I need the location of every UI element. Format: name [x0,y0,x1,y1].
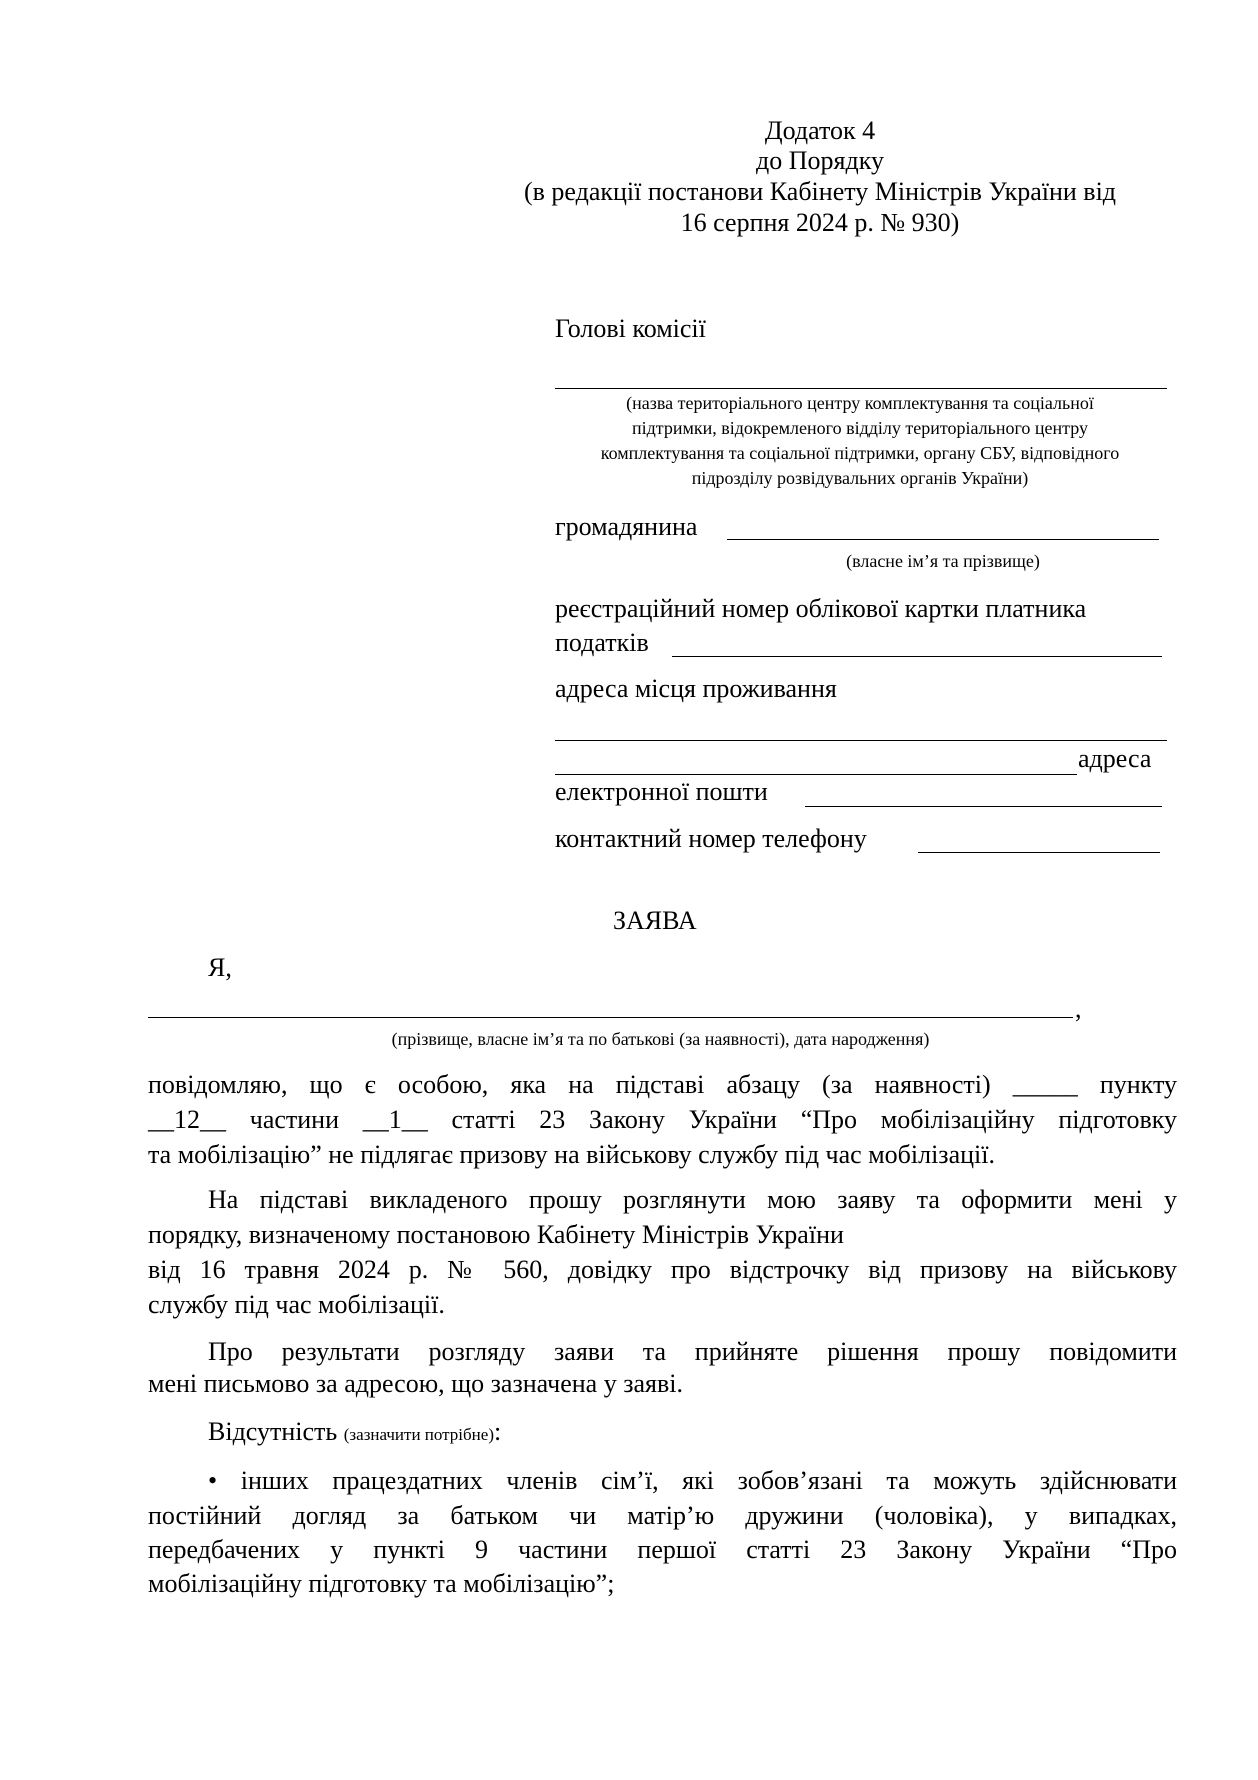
address-field-line2[interactable] [555,774,1077,775]
statement-line: та мобілізацію” не підлягає призову на в… [148,1142,995,1168]
statement-line: повідомляю, що є особою, яка на підставі… [148,1072,1177,1098]
applicant-intro: Я, [208,955,232,981]
commission-caption-line: (назва територіального центру комплектув… [540,394,1180,412]
citizen-name-field[interactable] [727,539,1159,540]
absence-option-line: • інших працездатних членів сім’ї, які з… [208,1468,1177,1494]
appendix-reference: до Порядку [470,148,1170,174]
citizen-label: громадянина [555,514,697,540]
commission-caption-line: підтримки, відокремленого відділу терито… [540,419,1180,437]
notification-line: мені письмово за адресою, що зазначена у… [148,1371,683,1397]
commission-name-field[interactable] [555,388,1167,389]
appendix-edition: (в редакції постанови Кабінету Міністрів… [470,179,1170,205]
absence-option-line: мобілізаційну підготовку та мобілізацію”… [148,1571,614,1597]
request-line: На підставі викладеного прошу розглянути… [208,1187,1177,1213]
email-label: електронної пошти [555,779,768,805]
applicant-comma: , [1075,996,1082,1022]
absence-option-line: передбачених у пункті 9 частини першої с… [148,1537,1177,1563]
address-label: адреса місця проживання [555,676,837,702]
document-title: ЗАЯВА [613,908,697,934]
appendix-number: Додаток 4 [470,118,1170,144]
statement-line: __12__ частини __1__ статті 23 Закону Ук… [148,1107,1177,1133]
request-line: порядку, визначеному постановою Кабінету… [148,1222,844,1248]
commission-caption-line: підрозділу розвідувальних органів Україн… [540,469,1180,487]
request-line: від 16 травня 2024 р. № 560, довідку про… [148,1257,1177,1283]
tax-number-label: реєстраційний номер облікової картки пла… [555,596,1086,622]
phone-field[interactable] [918,852,1160,853]
citizen-caption: (власне ім’я та прізвище) [727,552,1159,570]
applicant-caption: (прізвище, власне ім’я та по батькові (з… [148,1030,1173,1048]
email-field[interactable] [805,806,1162,807]
tax-number-label-cont: податків [555,630,649,656]
absence-label: Відсутність [208,1417,337,1446]
commission-caption-line: комплектування та соціальної підтримки, … [540,444,1180,462]
absence-heading: Відсутність (зазначити потрібне): [208,1419,501,1445]
absence-option-line: постійний догляд за батьком чи матір’ю д… [148,1503,1177,1529]
absence-hint: (зазначити потрібне) [344,1425,494,1444]
applicant-name-field[interactable] [148,1017,1073,1018]
appendix-edition-date: 16 серпня 2024 р. № 930) [470,210,1170,236]
phone-label: контактний номер телефону [555,826,867,852]
address-field-line1[interactable] [555,740,1167,741]
to-commission-label: Голові комісії [555,316,706,342]
tax-number-field[interactable] [672,656,1162,657]
notification-line: Про результати розгляду заяви та прийнят… [208,1339,1177,1365]
email-label-start: адреса [1078,746,1151,772]
request-line: службу під час мобілізації. [148,1292,445,1318]
absence-colon: : [494,1417,501,1446]
